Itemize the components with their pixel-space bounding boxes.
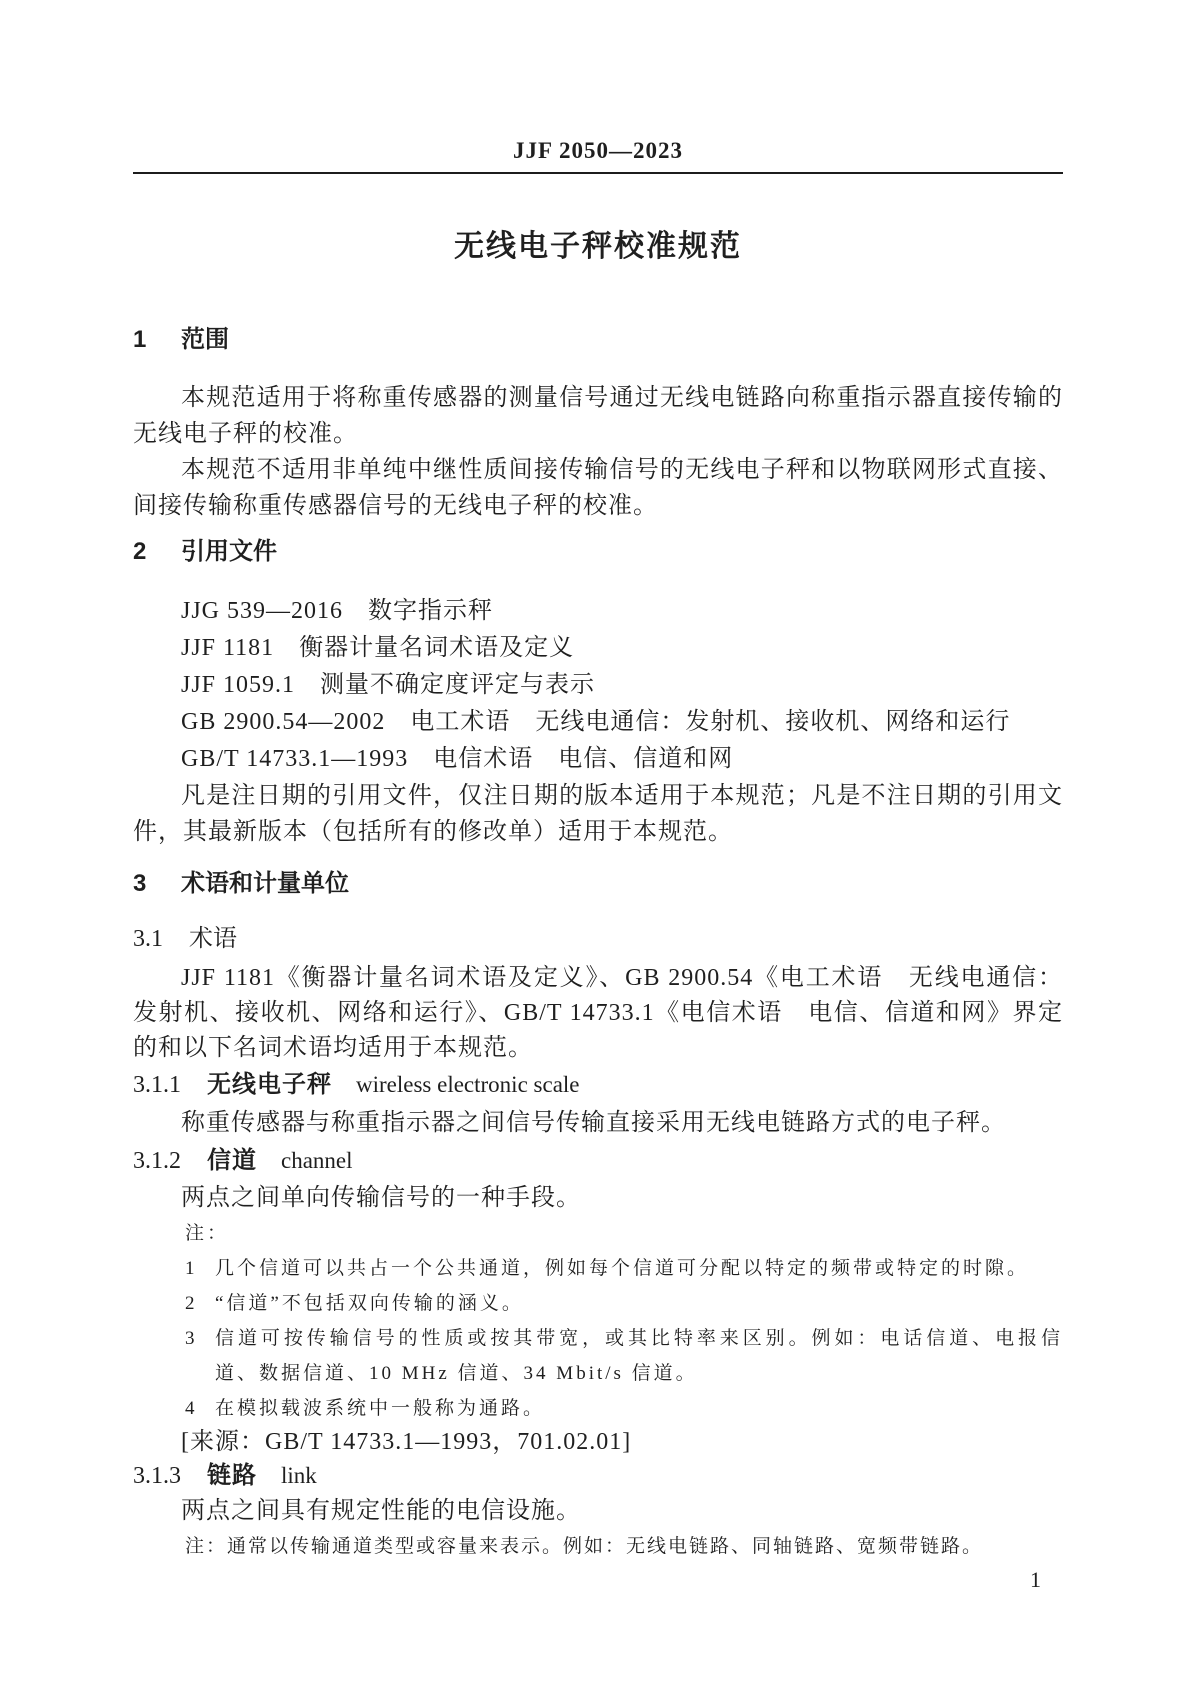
section-3-heading: 3 术语和计量单位: [133, 866, 1063, 902]
note-number: 1: [185, 1251, 215, 1286]
note-item: 1 几个信道可以共占一个公共通道，例如每个信道可分配以特定的频带或特定的时隙。: [185, 1251, 1063, 1286]
notes-label: 注：: [185, 1216, 1063, 1251]
header-rule: [133, 172, 1063, 174]
term-definition: 两点之间单向传输信号的一种手段。: [133, 1180, 1063, 1216]
note-text: 几个信道可以共占一个公共通道，例如每个信道可分配以特定的频带或特定的时隙。: [215, 1251, 1063, 1286]
doc-code: JJF 2050—2023: [133, 137, 1063, 165]
term-name-zh: 链路: [207, 1458, 257, 1494]
section-2-number: 2: [133, 534, 163, 570]
term-name-en: channel: [281, 1143, 353, 1179]
note-item: 3 信道可按传输信号的性质或按其带宽，或其比特率来区别。例如：电话信道、电报信道…: [185, 1321, 1063, 1391]
reference-item: JJF 1181 衡器计量名词术语及定义: [133, 630, 1063, 667]
term-source: [来源：GB/T 14733.1—1993，701.02.01]: [133, 1426, 1063, 1458]
note-item: 2 “信道”不包括双向传输的涵义。: [185, 1286, 1063, 1321]
term-number: 3.1.1: [133, 1067, 181, 1103]
note-number: 3: [185, 1321, 215, 1391]
reference-list: JJG 539—2016 数字指示秤 JJF 1181 衡器计量名词术语及定义 …: [133, 593, 1063, 778]
paragraph: JJF 1181《衡器计量名词术语及定义》、GB 2900.54《电工术语 无线…: [133, 961, 1063, 1066]
page-title: 无线电子秤校准规范: [133, 226, 1063, 268]
term-definition: 两点之间具有规定性能的电信设施。: [133, 1494, 1063, 1529]
section-1-number: 1: [133, 322, 163, 358]
section-3-1-heading: 3.1 术语: [133, 921, 1063, 957]
note-item: 4 在模拟载波系统中一般称为通路。: [185, 1391, 1063, 1426]
note-number: 2: [185, 1286, 215, 1321]
term-number: 3.1.2: [133, 1143, 181, 1179]
note-text: “信道”不包括双向传输的涵义。: [215, 1286, 1063, 1321]
document-page: JJF 2050—2023 无线电子秤校准规范 1 范围 本规范适用于将称重传感…: [0, 0, 1191, 1685]
section-3-number: 3: [133, 866, 163, 902]
term-name-zh: 信道: [207, 1143, 257, 1179]
notes-block: 注： 1 几个信道可以共占一个公共通道，例如每个信道可分配以特定的频带或特定的时…: [185, 1216, 1063, 1426]
term-name-zh: 无线电子秤: [207, 1067, 332, 1103]
term-number: 3.1.3: [133, 1458, 181, 1494]
term-3-1-1-heading: 3.1.1 无线电子秤 wireless electronic scale: [133, 1067, 1063, 1103]
reference-item: JJG 539—2016 数字指示秤: [133, 593, 1063, 630]
reference-item: JJF 1059.1 测量不确定度评定与表示: [133, 667, 1063, 704]
paragraph: 本规范不适用非单纯中继性质间接传输信号的无线电子秤和以物联网形式直接、间接传输称…: [133, 452, 1063, 524]
paragraph: 凡是注日期的引用文件，仅注日期的版本适用于本规范；凡是不注日期的引用文件，其最新…: [133, 778, 1063, 850]
term-3-1-2-heading: 3.1.2 信道 channel: [133, 1143, 1063, 1179]
term-definition: 称重传感器与称重指示器之间信号传输直接采用无线电链路方式的电子秤。: [133, 1105, 1063, 1141]
term-3-1-3-heading: 3.1.3 链路 link: [133, 1458, 1063, 1494]
section-1-title: 范围: [181, 322, 229, 358]
note-text: 在模拟载波系统中一般称为通路。: [215, 1391, 1063, 1426]
term-name-en: link: [281, 1458, 317, 1494]
note-text: 信道可按传输信号的性质或按其带宽，或其比特率来区别。例如：电话信道、电报信道、数…: [215, 1321, 1063, 1391]
section-3-1-title: 术语: [189, 921, 237, 957]
page-number: 1: [1030, 1566, 1041, 1594]
section-3-1-number: 3.1: [133, 921, 163, 957]
section-2-title: 引用文件: [181, 534, 277, 570]
section-2-heading: 2 引用文件: [133, 534, 1063, 570]
note-single: 注：通常以传输通道类型或容量来表示。例如：无线电链路、同轴链路、宽频带链路。: [185, 1529, 1063, 1565]
term-name-en: wireless electronic scale: [356, 1067, 580, 1103]
reference-item: GB/T 14733.1—1993 电信术语 电信、信道和网: [133, 741, 1063, 778]
section-3-title: 术语和计量单位: [181, 866, 349, 902]
reference-item: GB 2900.54—2002 电工术语 无线电通信：发射机、接收机、网络和运行: [133, 704, 1063, 741]
section-1-heading: 1 范围: [133, 322, 1063, 358]
note-number: 4: [185, 1391, 215, 1426]
paragraph: 本规范适用于将称重传感器的测量信号通过无线电链路向称重指示器直接传输的无线电子秤…: [133, 380, 1063, 452]
